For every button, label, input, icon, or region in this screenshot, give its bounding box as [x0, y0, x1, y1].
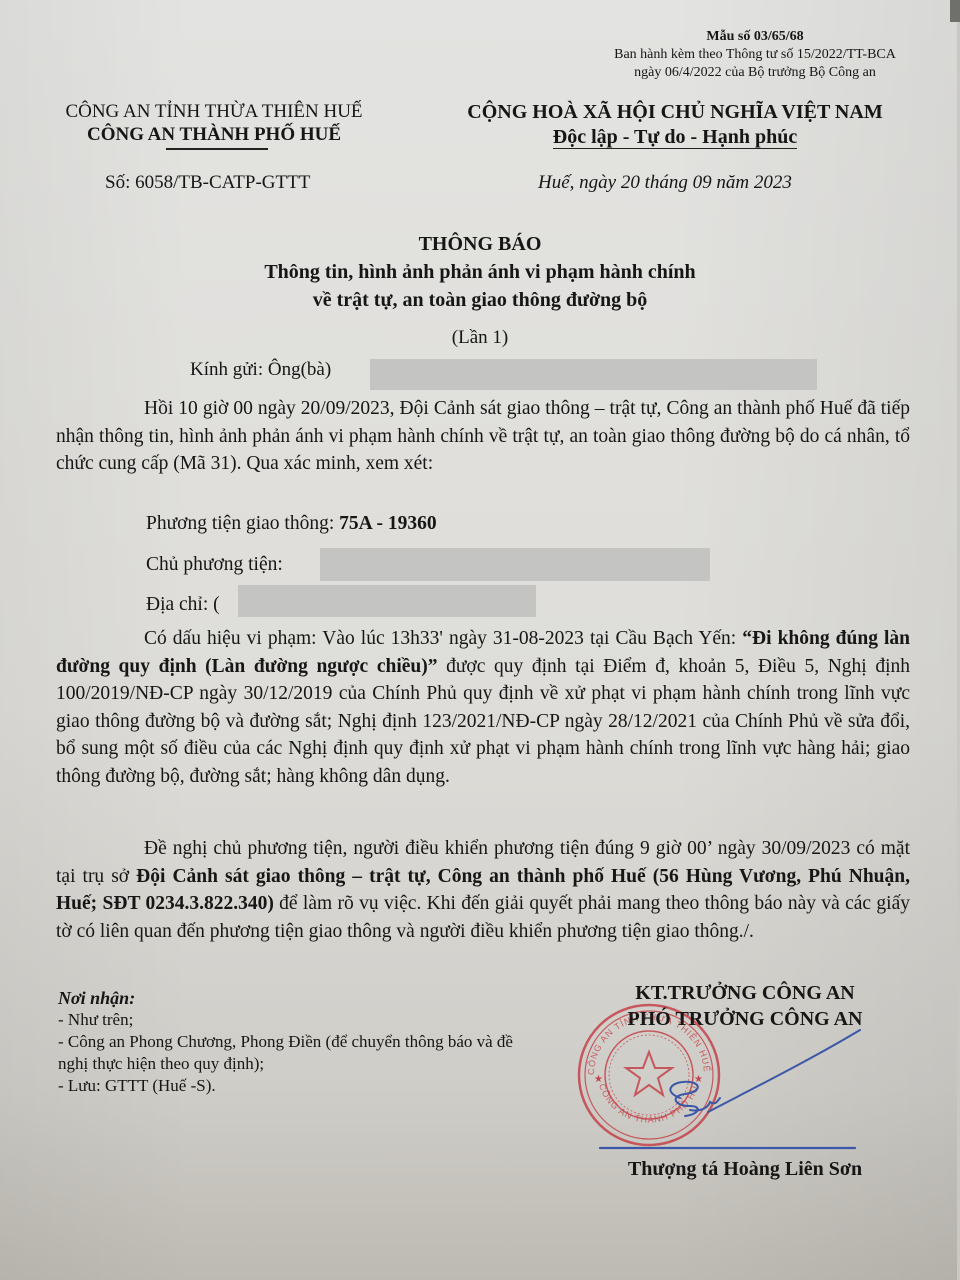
- agency-underline: [166, 148, 268, 150]
- agency-name: CÔNG AN THÀNH PHỐ HUẾ: [24, 123, 404, 146]
- form-number: Mẫu số 03/65/68: [560, 28, 950, 46]
- redacted-owner-name: [320, 548, 710, 581]
- agency-header: CÔNG AN TỈNH THỪA THIÊN HUẾ CÔNG AN THÀN…: [24, 100, 404, 146]
- notice-round: (Lần 1): [0, 327, 960, 349]
- handwritten-signature-icon: [590, 1020, 890, 1160]
- violation-paragraph: Có dấu hiệu vi phạm: Vào lúc 13h33' ngày…: [56, 625, 910, 790]
- vehicle-field: Phương tiện giao thông: 75A - 19360: [146, 513, 437, 535]
- form-number-block: Mẫu số 03/65/68 Ban hành kèm theo Thông …: [560, 28, 950, 82]
- address-field: Địa chỉ: (: [146, 594, 220, 616]
- national-header: CỘNG HOÀ XÃ HỘI CHỦ NGHĨA VIỆT NAM Độc l…: [430, 100, 920, 150]
- place-date: Huế, ngày 20 tháng 09 năm 2023: [538, 172, 792, 194]
- issued-date: ngày 06/4/2022 của Bộ trưởng Bộ Công an: [560, 64, 950, 82]
- notice-title: THÔNG BÁO Thông tin, hình ảnh phản ánh v…: [0, 230, 960, 314]
- owner-label: Chủ phương tiện:: [146, 554, 283, 575]
- recipients-block: Nơi nhận: - Như trên; - Công an Phong Ch…: [58, 987, 528, 1097]
- recipient-label: Kính gửi: Ông(bà): [190, 359, 331, 381]
- intro-paragraph: Hồi 10 giờ 00 ngày 20/09/2023, Đội Cảnh …: [56, 395, 910, 478]
- redacted-recipient-name: [370, 359, 817, 390]
- title-main: THÔNG BÁO: [0, 230, 960, 258]
- vehicle-label: Phương tiện giao thông:: [146, 513, 339, 534]
- violation-lead: Có dấu hiệu vi phạm: Vào lúc 13h33' ngày…: [144, 628, 742, 649]
- address-label: Địa chỉ: (: [146, 594, 220, 615]
- issued-with: Ban hành kèm theo Thông tư số 15/2022/TT…: [560, 46, 950, 64]
- country-name: CỘNG HOÀ XÃ HỘI CHỦ NGHĨA VIỆT NAM: [430, 100, 920, 125]
- signer-name: Thượng tá Hoàng Liên Sơn: [580, 1156, 910, 1182]
- recipient-item: - Lưu: GTTT (Huế -S).: [58, 1075, 528, 1097]
- title-line2: về trật tự, an toàn giao thông đường bộ: [0, 286, 960, 314]
- document-number: Số: 6058/TB-CATP-GTTT: [105, 172, 310, 194]
- recipient-item: - Công an Phong Chương, Phong Điền (để c…: [58, 1031, 528, 1075]
- recipient-item: - Như trên;: [58, 1009, 528, 1031]
- request-paragraph: Đề nghị chủ phương tiện, người điều khiể…: [56, 835, 910, 945]
- signature-line1: KT.TRƯỞNG CÔNG AN: [580, 980, 910, 1006]
- parent-agency: CÔNG AN TỈNH THỪA THIÊN HUẾ: [24, 100, 404, 123]
- national-motto: Độc lập - Tự do - Hạnh phúc: [553, 126, 797, 149]
- redacted-address: [238, 585, 536, 617]
- background-corner: [950, 0, 960, 22]
- license-plate: 75A - 19360: [339, 513, 437, 534]
- recipients-heading: Nơi nhận:: [58, 987, 528, 1009]
- owner-field: Chủ phương tiện:: [146, 554, 283, 576]
- title-line1: Thông tin, hình ảnh phản ánh vi phạm hàn…: [0, 258, 960, 286]
